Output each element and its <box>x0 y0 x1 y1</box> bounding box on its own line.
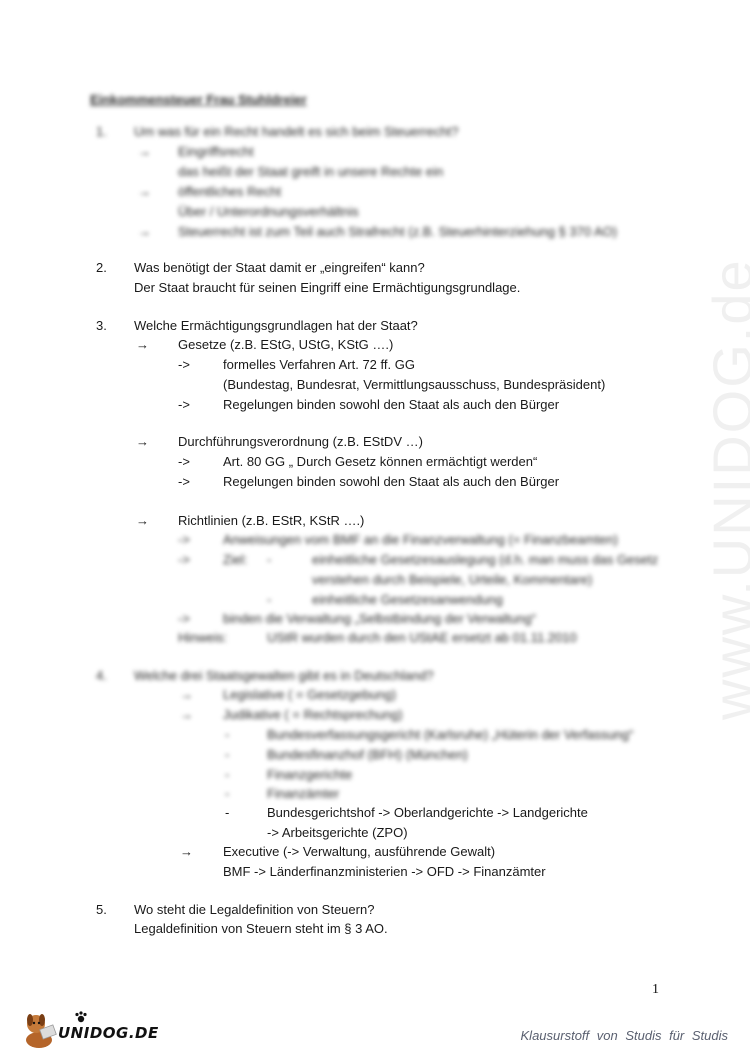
list-item: Executive (-> Verwaltung, ausführende Ge… <box>223 844 495 860</box>
section-2-number: 2. <box>96 260 107 276</box>
list-item: (Bundestag, Bundesrat, Vermittlungsaussc… <box>223 377 605 393</box>
section-1-line: öffentliches Recht <box>178 184 281 200</box>
section-1-question: Um was für ein Recht handelt es sich bei… <box>134 124 458 140</box>
list-item: Bundesgerichtshof -> Oberlandgerichte ->… <box>267 805 588 821</box>
dash-arrow: -> <box>178 357 190 373</box>
section-5-answer: Legaldefinition von Steuern steht im § 3… <box>134 921 388 937</box>
list-item: formelles Verfahren Art. 72 ff. GG <box>223 357 415 373</box>
dash-arrow: -> <box>178 397 190 413</box>
list-item: Regelungen binden sowohl den Staat als a… <box>223 397 559 413</box>
bullet: - <box>267 552 271 568</box>
section-5-number: 5. <box>96 902 107 918</box>
section-2-answer: Der Staat braucht für seinen Eingriff ei… <box>134 280 520 296</box>
dash-arrow: -> <box>178 552 190 568</box>
document-page: www.UNIDOG.de Einkommensteuer Frau Stuhl… <box>0 0 750 1059</box>
section-1-line: Eingriffsrecht <box>178 144 254 160</box>
list-item: Anweisungen vom BMF an die Finanzverwalt… <box>223 532 618 548</box>
arrow-icon: → <box>180 687 193 703</box>
list-item: binden die Verwaltung „Selbstbindung der… <box>223 611 536 627</box>
dash-arrow: -> <box>178 611 190 627</box>
dash-arrow: -> <box>178 454 190 470</box>
list-item: Bundesfinanzhof (BFH) (München) <box>267 747 468 763</box>
hint-label: Hinweis: <box>178 630 227 646</box>
section-4-question: Welche drei Staatsgewalten gibt es in De… <box>134 668 434 684</box>
arrow-icon: → <box>136 434 149 450</box>
bullet: - <box>267 592 271 608</box>
bullet: - <box>225 805 229 821</box>
list-item: Regelungen binden sowohl den Staat als a… <box>223 474 559 490</box>
list-item: BMF -> Länderfinanzministerien -> OFD ->… <box>223 864 546 880</box>
arrow-icon: → <box>138 224 151 240</box>
list-item: Bundesverfassungsgericht (Karlsruhe) „Hü… <box>267 727 633 743</box>
section-1-line: Über / Unterordnungsverhältnis <box>178 204 359 220</box>
bullet: - <box>225 786 229 802</box>
list-item: verstehen durch Beispiele, Urteile, Komm… <box>312 572 592 588</box>
section-1-line: das heißt der Staat greift in unsere Rec… <box>178 164 443 180</box>
section-2-question: Was benötigt der Staat damit er „eingrei… <box>134 260 425 276</box>
arrow-icon: → <box>180 844 193 860</box>
section-5-question: Wo steht die Legaldefinition von Steuern… <box>134 902 374 918</box>
document-title: Einkommensteuer Frau Stuhldreier <box>90 92 307 108</box>
group-heading-richtlinien: Richtlinien (z.B. EStR, KStR ….) <box>178 513 364 529</box>
unidog-logo: UNIDOG.DE <box>22 1010 152 1050</box>
list-item: Art. 80 GG „ Durch Gesetz können ermächt… <box>223 454 537 470</box>
list-item: Judikative ( = Rechtsprechung) <box>223 707 403 723</box>
arrow-icon: → <box>138 184 151 200</box>
list-item: einheitliche Gesetzesauslegung (d.h. man… <box>312 552 658 568</box>
bullet: - <box>225 767 229 783</box>
section-1-number: 1. <box>96 124 107 140</box>
watermark: www.UNIDOG.de <box>700 258 750 720</box>
section-4-number: 4. <box>96 668 107 684</box>
list-item: Legislative ( = Gesetzgebung) <box>223 687 396 703</box>
bullet: - <box>225 727 229 743</box>
list-item: Finanzgerichte <box>267 767 352 783</box>
arrow-icon: → <box>136 513 149 529</box>
paw-icon <box>74 1010 88 1024</box>
list-item: einheitliche Gesetzesanwendung <box>312 592 503 608</box>
list-item: -> Arbeitsgerichte (ZPO) <box>267 825 408 841</box>
list-item: Finanzämter <box>267 786 339 802</box>
dash-arrow: -> <box>178 532 190 548</box>
section-3-number: 3. <box>96 318 107 334</box>
page-number: 1 <box>652 982 659 998</box>
dash-arrow: -> <box>178 474 190 490</box>
section-1-line: Steuerrecht ist zum Teil auch Strafrecht… <box>178 224 617 240</box>
arrow-icon: → <box>180 707 193 723</box>
dog-icon <box>22 1010 58 1050</box>
arrow-icon: → <box>136 337 149 353</box>
list-item: UStR wurden durch den UStAE ersetzt ab 0… <box>267 630 577 646</box>
bullet: - <box>225 747 229 763</box>
logo-text: UNIDOG.DE <box>58 1024 159 1042</box>
list-label: Ziel: <box>223 552 248 568</box>
group-heading-gesetze: Gesetze (z.B. EStG, UStG, KStG ….) <box>178 337 393 353</box>
section-3-question: Welche Ermächtigungsgrundlagen hat der S… <box>134 318 418 334</box>
footer-tagline: Klausurstoff von Studis für Studis <box>521 1028 728 1043</box>
group-heading-durchfuehrungsverordnung: Durchführungsverordnung (z.B. EStDV …) <box>178 434 423 450</box>
arrow-icon: → <box>138 144 151 160</box>
